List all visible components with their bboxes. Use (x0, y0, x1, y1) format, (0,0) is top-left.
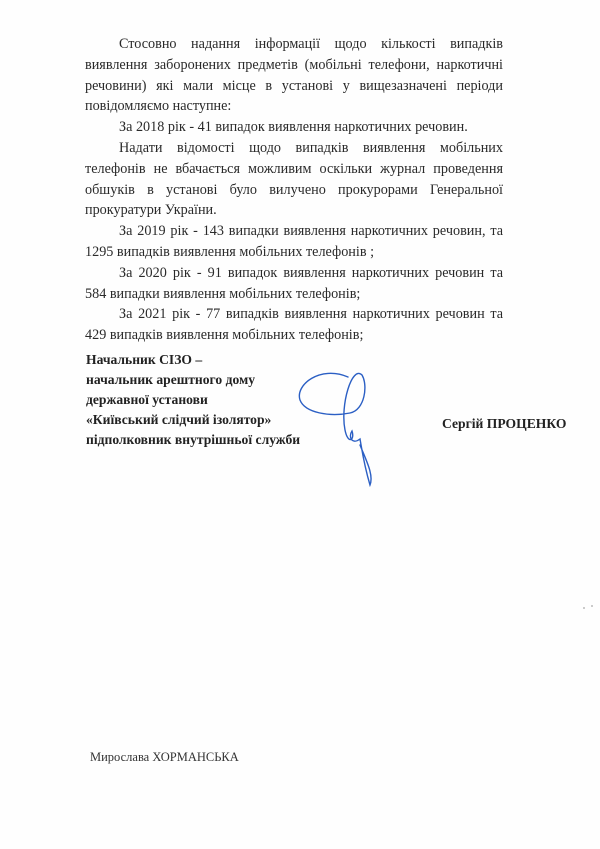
title-line: начальник арештного дому (86, 370, 300, 390)
signatory-title: Начальник СІЗО – начальник арештного дом… (86, 350, 300, 450)
year-2018-paragraph: За 2018 рік - 41 випадок виявлення нарко… (85, 117, 503, 138)
signatory-name: Сергій ПРОЦЕНКО (442, 416, 566, 432)
phones-note-paragraph: Надати відомості щодо випадків виявлення… (85, 138, 503, 221)
year-2021-paragraph: За 2021 рік - 77 випадків виявлення нарк… (85, 304, 503, 346)
letter-body: Стосовно надання інформації щодо кількос… (85, 34, 503, 346)
title-line: державної установи (86, 390, 300, 410)
intro-paragraph: Стосовно надання інформації щодо кількос… (85, 34, 503, 117)
handwritten-signature-icon (290, 365, 400, 495)
paper-speck (583, 607, 585, 609)
title-line: «Київський слідчий ізолятор» (86, 410, 300, 430)
year-2020-paragraph: За 2020 рік - 91 випадок виявлення нарко… (85, 263, 503, 305)
title-line: підполковник внутрішньої служби (86, 430, 300, 450)
title-line: Начальник СІЗО – (86, 350, 300, 370)
document-page: Стосовно надання інформації щодо кількос… (0, 0, 600, 849)
paper-speck (591, 605, 593, 607)
year-2019-paragraph: За 2019 рік - 143 випадки виявлення нарк… (85, 221, 503, 263)
executor-name: Мирослава ХОРМАНСЬКА (90, 750, 239, 765)
